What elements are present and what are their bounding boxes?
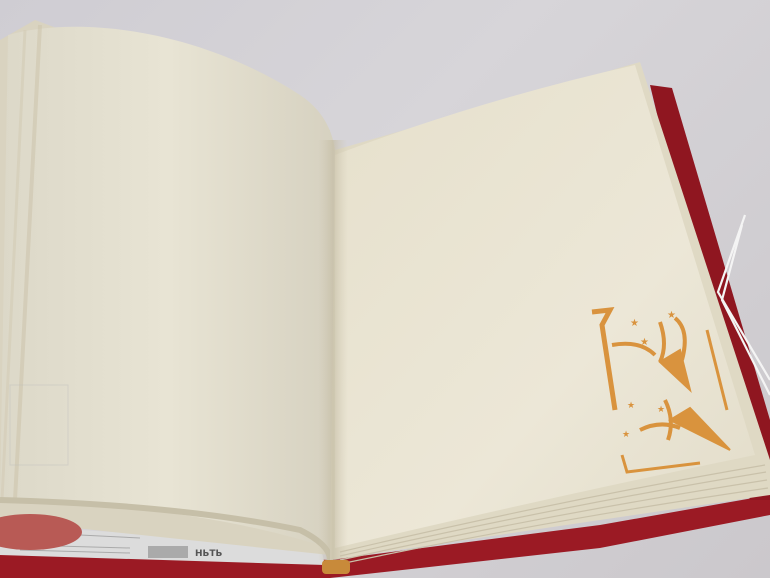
photo-scene: Open blank notebook with cream pages, re… xyxy=(0,0,770,578)
svg-text:★: ★ xyxy=(667,310,676,321)
svg-text:★: ★ xyxy=(640,337,649,348)
headband xyxy=(322,560,350,574)
notebook-photo: НЬТЬ xyxy=(0,0,770,578)
spine-gutter xyxy=(318,140,348,560)
left-page xyxy=(0,27,335,550)
svg-text:★: ★ xyxy=(627,401,635,411)
svg-text:★: ★ xyxy=(657,405,665,415)
svg-text:★: ★ xyxy=(622,430,630,440)
svg-text:★: ★ xyxy=(630,318,639,329)
newspaper-headline: НЬТЬ xyxy=(195,549,223,559)
newspaper-image-box xyxy=(148,546,188,558)
